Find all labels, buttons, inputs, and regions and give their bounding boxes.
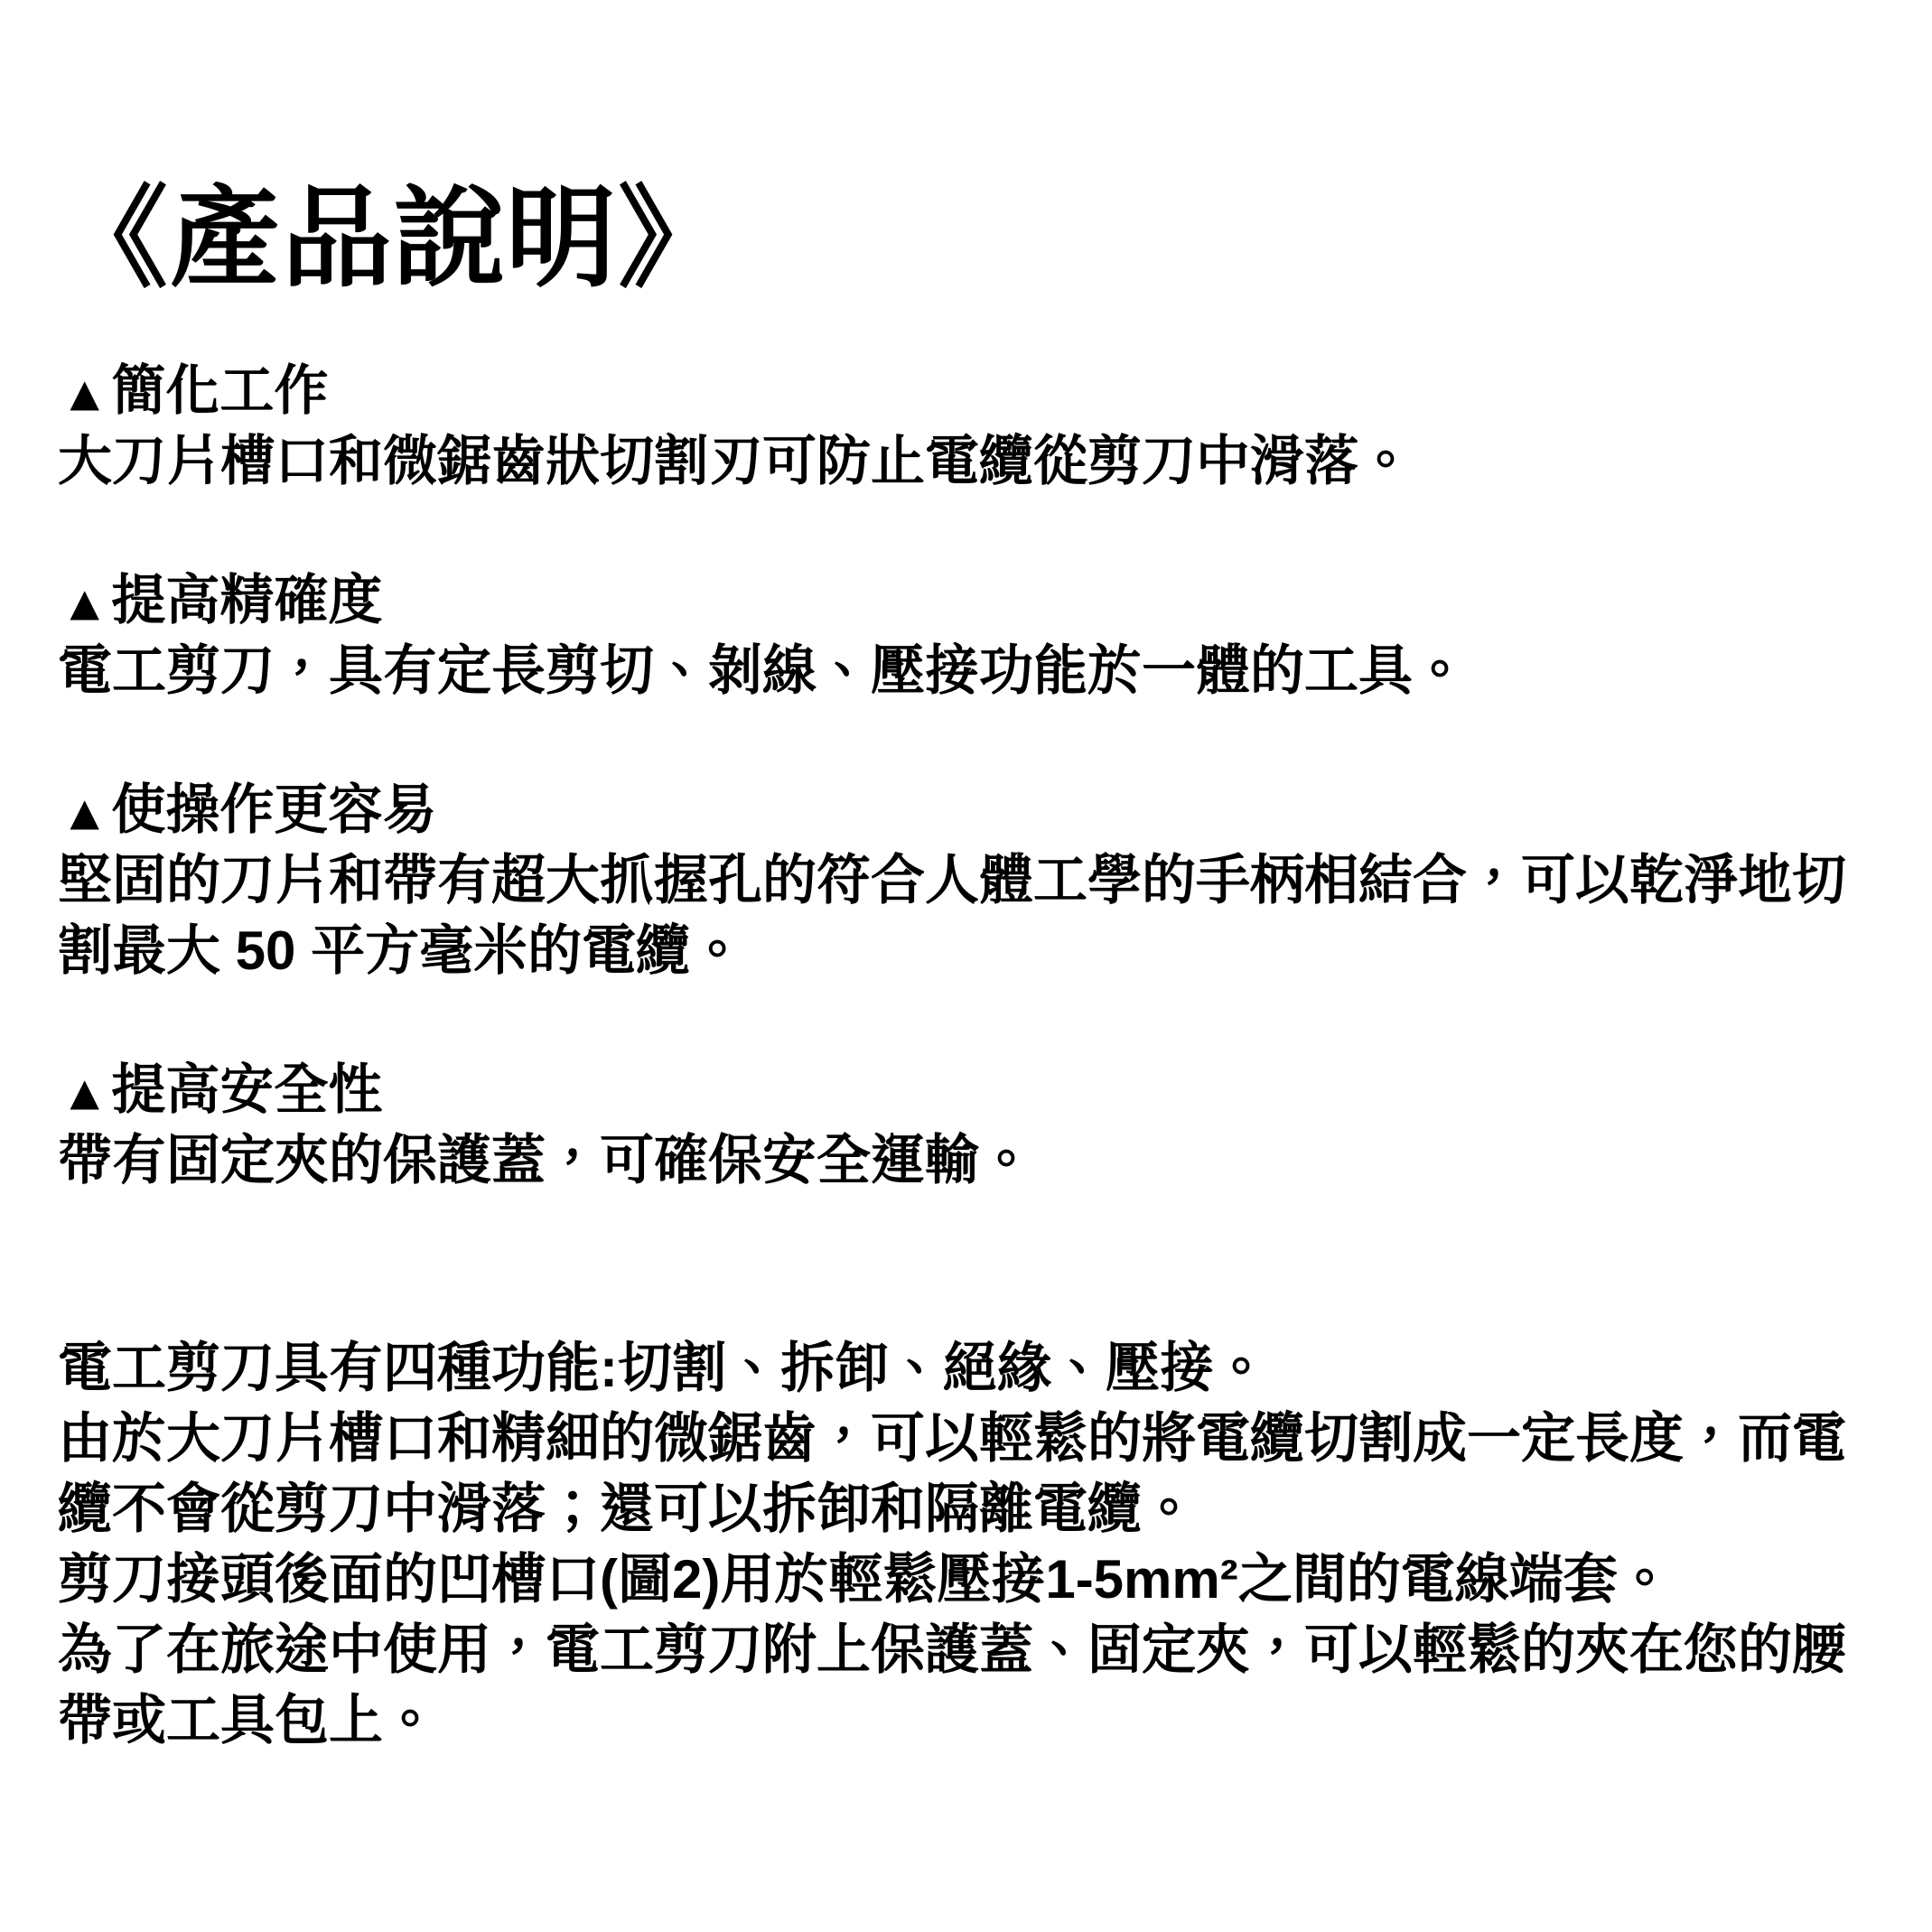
feature-section-improve-safety: ▲提高安全性 帶有固定夾的保護蓋，可確保安全運輸。	[58, 1055, 1880, 1196]
feature-heading: ▲提高安全性	[58, 1055, 1880, 1125]
details-line-crimping: 剪刀接頭後面的凹槽口(圖2)用於輕鬆壓接1-5mm²之間的電線端套。	[58, 1545, 1880, 1615]
feature-heading-text: 使操作更容易	[111, 779, 436, 840]
feature-body-text: 大刀片槽口和微鋸齒狀切割刃可防止電纜從剪刀中滑落。	[58, 426, 1880, 497]
feature-heading-text: 提高精確度	[111, 570, 382, 630]
feature-heading: ▲簡化工作	[58, 356, 1880, 426]
details-line-cutting: 由於大刀片槽口和精細的微鋸齒，可以輕鬆的將電纜切割成一定長度，而電纜不會從剪刀中…	[58, 1404, 1880, 1545]
triangle-bullet-icon: ▲	[60, 361, 109, 426]
feature-body-text: 帶有固定夾的保護蓋，可確保安全運輸。	[58, 1125, 1880, 1196]
feature-body-text: 堅固的刀片和帶有超大抓握孔的符合人體工學的手柄相結合，可以乾淨地切割最大 50 …	[58, 845, 1880, 986]
feature-heading: ▲使操作更容易	[58, 775, 1880, 845]
feature-section-improve-accuracy: ▲提高精確度 電工剪刀，具有定長剪切、剝線、壓接功能於一體的工具。	[58, 565, 1880, 706]
triangle-bullet-icon: ▲	[60, 1060, 109, 1125]
feature-body-text: 電工剪刀，具有定長剪切、剝線、壓接功能於一體的工具。	[58, 636, 1880, 706]
product-description-page: 《產品說明》 ▲簡化工作 大刀片槽口和微鋸齒狀切割刃可防止電纜從剪刀中滑落。 ▲…	[0, 0, 1932, 1932]
triangle-bullet-icon: ▲	[60, 571, 109, 636]
details-line-functions: 電工剪刀具有四種功能:切割、拆卸、絕緣、壓接。	[58, 1333, 1880, 1404]
triangle-bullet-icon: ▲	[60, 780, 109, 845]
feature-heading-text: 簡化工作	[111, 360, 328, 421]
feature-section-easier-operation: ▲使操作更容易 堅固的刀片和帶有超大抓握孔的符合人體工學的手柄相結合，可以乾淨地…	[58, 775, 1880, 986]
details-paragraph: 電工剪刀具有四種功能:切割、拆卸、絕緣、壓接。 由於大刀片槽口和精細的微鋸齒，可…	[58, 1333, 1880, 1756]
feature-heading: ▲提高精確度	[58, 565, 1880, 636]
feature-heading-text: 提高安全性	[111, 1059, 382, 1120]
feature-section-simplify-work: ▲簡化工作 大刀片槽口和微鋸齒狀切割刃可防止電纜從剪刀中滑落。	[58, 356, 1880, 497]
page-title: 《產品說明》	[58, 167, 1880, 311]
details-line-travel: 為了在旅途中使用，電工剪刀附上保護蓋、固定夾，可以輕鬆的夾在您的腰帶或工具包上。	[58, 1615, 1880, 1756]
